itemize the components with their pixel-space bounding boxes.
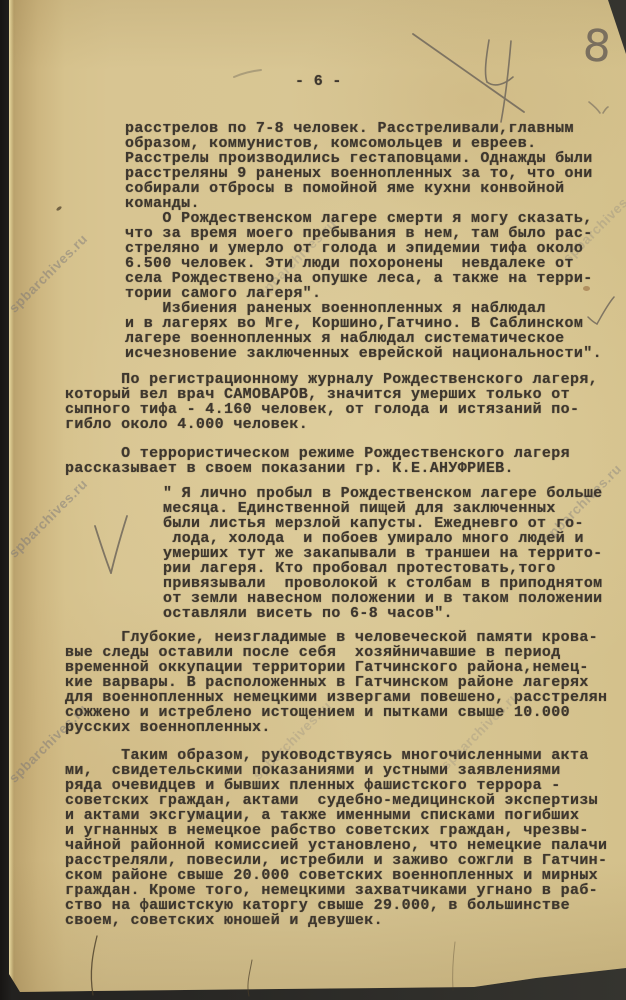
text-line: Избиения раненых военнопленных я наблюда… bbox=[125, 301, 602, 316]
text-line: тории самого лагеря". bbox=[125, 286, 602, 301]
text-line: О террористическом режиме Рождественског… bbox=[65, 446, 570, 461]
handwritten-page-number: 8 bbox=[581, 23, 612, 71]
document-page: spbarchives.ru spbarchives.ru spbarchive… bbox=[0, 0, 626, 1000]
paragraph-executions: расстрелов по 7-8 человек. Расстреливали… bbox=[125, 121, 602, 361]
text-line: лагере военнопленных я наблюдал системат… bbox=[125, 331, 602, 346]
text-line: месяца. Единственной пищей для заключенн… bbox=[163, 501, 603, 516]
text-line: граждан. Кроме того, немецкими захватчик… bbox=[65, 883, 607, 898]
text-line: собирали отбросы в помойной яме кухни ко… bbox=[125, 181, 602, 196]
text-line: расстрелов по 7-8 человек. Расстреливали… bbox=[125, 121, 602, 136]
text-line: советских граждан, актами судебно-медици… bbox=[65, 793, 607, 808]
text-line: стреляно и умерло от голода и эпидемии т… bbox=[125, 241, 602, 256]
text-line: временной оккупации территории Гатчинско… bbox=[65, 660, 607, 675]
text-line: ском районе свыше 20.000 советских военн… bbox=[65, 868, 607, 883]
text-line: кие варвары. В расположенных в Гатчинско… bbox=[65, 675, 607, 690]
text-line: что за время моего пребывания в нем, там… bbox=[125, 226, 602, 241]
text-line: который вел врач САМОВАРОВ, значится уме… bbox=[65, 387, 598, 402]
text-line: Таким образом, руководствуясь многочисле… bbox=[65, 748, 607, 763]
paragraph-terror-regime-intro: О террористическом режиме Рождественског… bbox=[65, 446, 570, 476]
paper-stain bbox=[56, 206, 63, 212]
text-line: расстреляны 9 раненых военнопленных за т… bbox=[125, 166, 602, 181]
text-line: привязывали проволокой к столбам в припо… bbox=[163, 576, 603, 591]
text-line: сыпного тифа - 4.160 человек, от голода … bbox=[65, 402, 598, 417]
text-line: исчезновение заключенных еврейской нацио… bbox=[125, 346, 602, 361]
text-line: О Рождественском лагере смерти я могу ск… bbox=[125, 211, 602, 226]
text-line: Расстрелы производились гестаповцами. Од… bbox=[125, 151, 602, 166]
text-line: ство на фашистскую каторгу свыше 29.000,… bbox=[65, 898, 607, 913]
archive-watermark: spbarchives.ru bbox=[6, 476, 90, 560]
text-line: и угнанных в немецкое рабство советских … bbox=[65, 823, 607, 838]
paragraph-gatchina-district: Глубокие, неизгладимые в человеческой па… bbox=[65, 630, 607, 735]
text-line: гибло около 4.000 человек. bbox=[65, 417, 598, 432]
text-line: " Я лично пробыл в Рождественском лагере… bbox=[163, 486, 603, 501]
text-line: своем, советских юношей и девушек. bbox=[65, 913, 607, 928]
text-line: для военнопленных немецкими извергами по… bbox=[65, 690, 607, 705]
text-line: образом, коммунистов, комсомольцев и евр… bbox=[125, 136, 602, 151]
text-line: от земли навесном положении и в таком по… bbox=[163, 591, 603, 606]
text-line: 6.500 человек. Эти люди похоронены невда… bbox=[125, 256, 602, 271]
text-line: и в лагерях во Мге, Коршино,Гатчино. В С… bbox=[125, 316, 602, 331]
text-line: рассказывает в своем показании гр. К.Е.А… bbox=[65, 461, 570, 476]
text-line: ми, свидетельскими показаниями и устными… bbox=[65, 763, 607, 778]
paper-edge-highlight bbox=[9, 0, 14, 992]
text-line: рии лагеря. Кто пробовал протестовать,то… bbox=[163, 561, 603, 576]
text-line: Глубокие, неизгладимые в человеческой па… bbox=[65, 630, 607, 645]
archive-watermark: spbarchives.ru bbox=[6, 231, 90, 315]
text-line: расстреляли, повесили, истребили и зажив… bbox=[65, 853, 607, 868]
text-line: лода, холода и побоев умирало много люде… bbox=[163, 531, 603, 546]
typed-page-number: - 6 - bbox=[295, 74, 342, 89]
text-line: сожжено и истреблено истощением и пыткам… bbox=[65, 705, 607, 720]
text-line: и актами эксгумации, а также именными сп… bbox=[65, 808, 607, 823]
text-line: вые следы оставили после себя хозяйничав… bbox=[65, 645, 607, 660]
text-line: чайной районной комиссией установлено, ч… bbox=[65, 838, 607, 853]
text-line: умерших тут же закапывали в траншеи на т… bbox=[163, 546, 603, 561]
text-line: русских военнопленных. bbox=[65, 720, 607, 735]
text-line: оставляли висеть по 6-8 часов". bbox=[163, 606, 603, 621]
text-line: ряда очевидцев и бывших пленных фашистск… bbox=[65, 778, 607, 793]
text-line: села Рождествено,на опушке леса, а также… bbox=[125, 271, 602, 286]
text-line: команды. bbox=[125, 196, 602, 211]
paragraph-registration-journal: По регистрационному журналу Рождественск… bbox=[65, 372, 598, 432]
text-line: По регистрационному журналу Рождественск… bbox=[65, 372, 598, 387]
paragraph-witness-quote: " Я лично пробыл в Рождественском лагере… bbox=[163, 486, 603, 621]
paragraph-commission-conclusion: Таким образом, руководствуясь многочисле… bbox=[65, 748, 607, 928]
text-line: были листья мерзлой капусты. Ежедневго о… bbox=[163, 516, 603, 531]
